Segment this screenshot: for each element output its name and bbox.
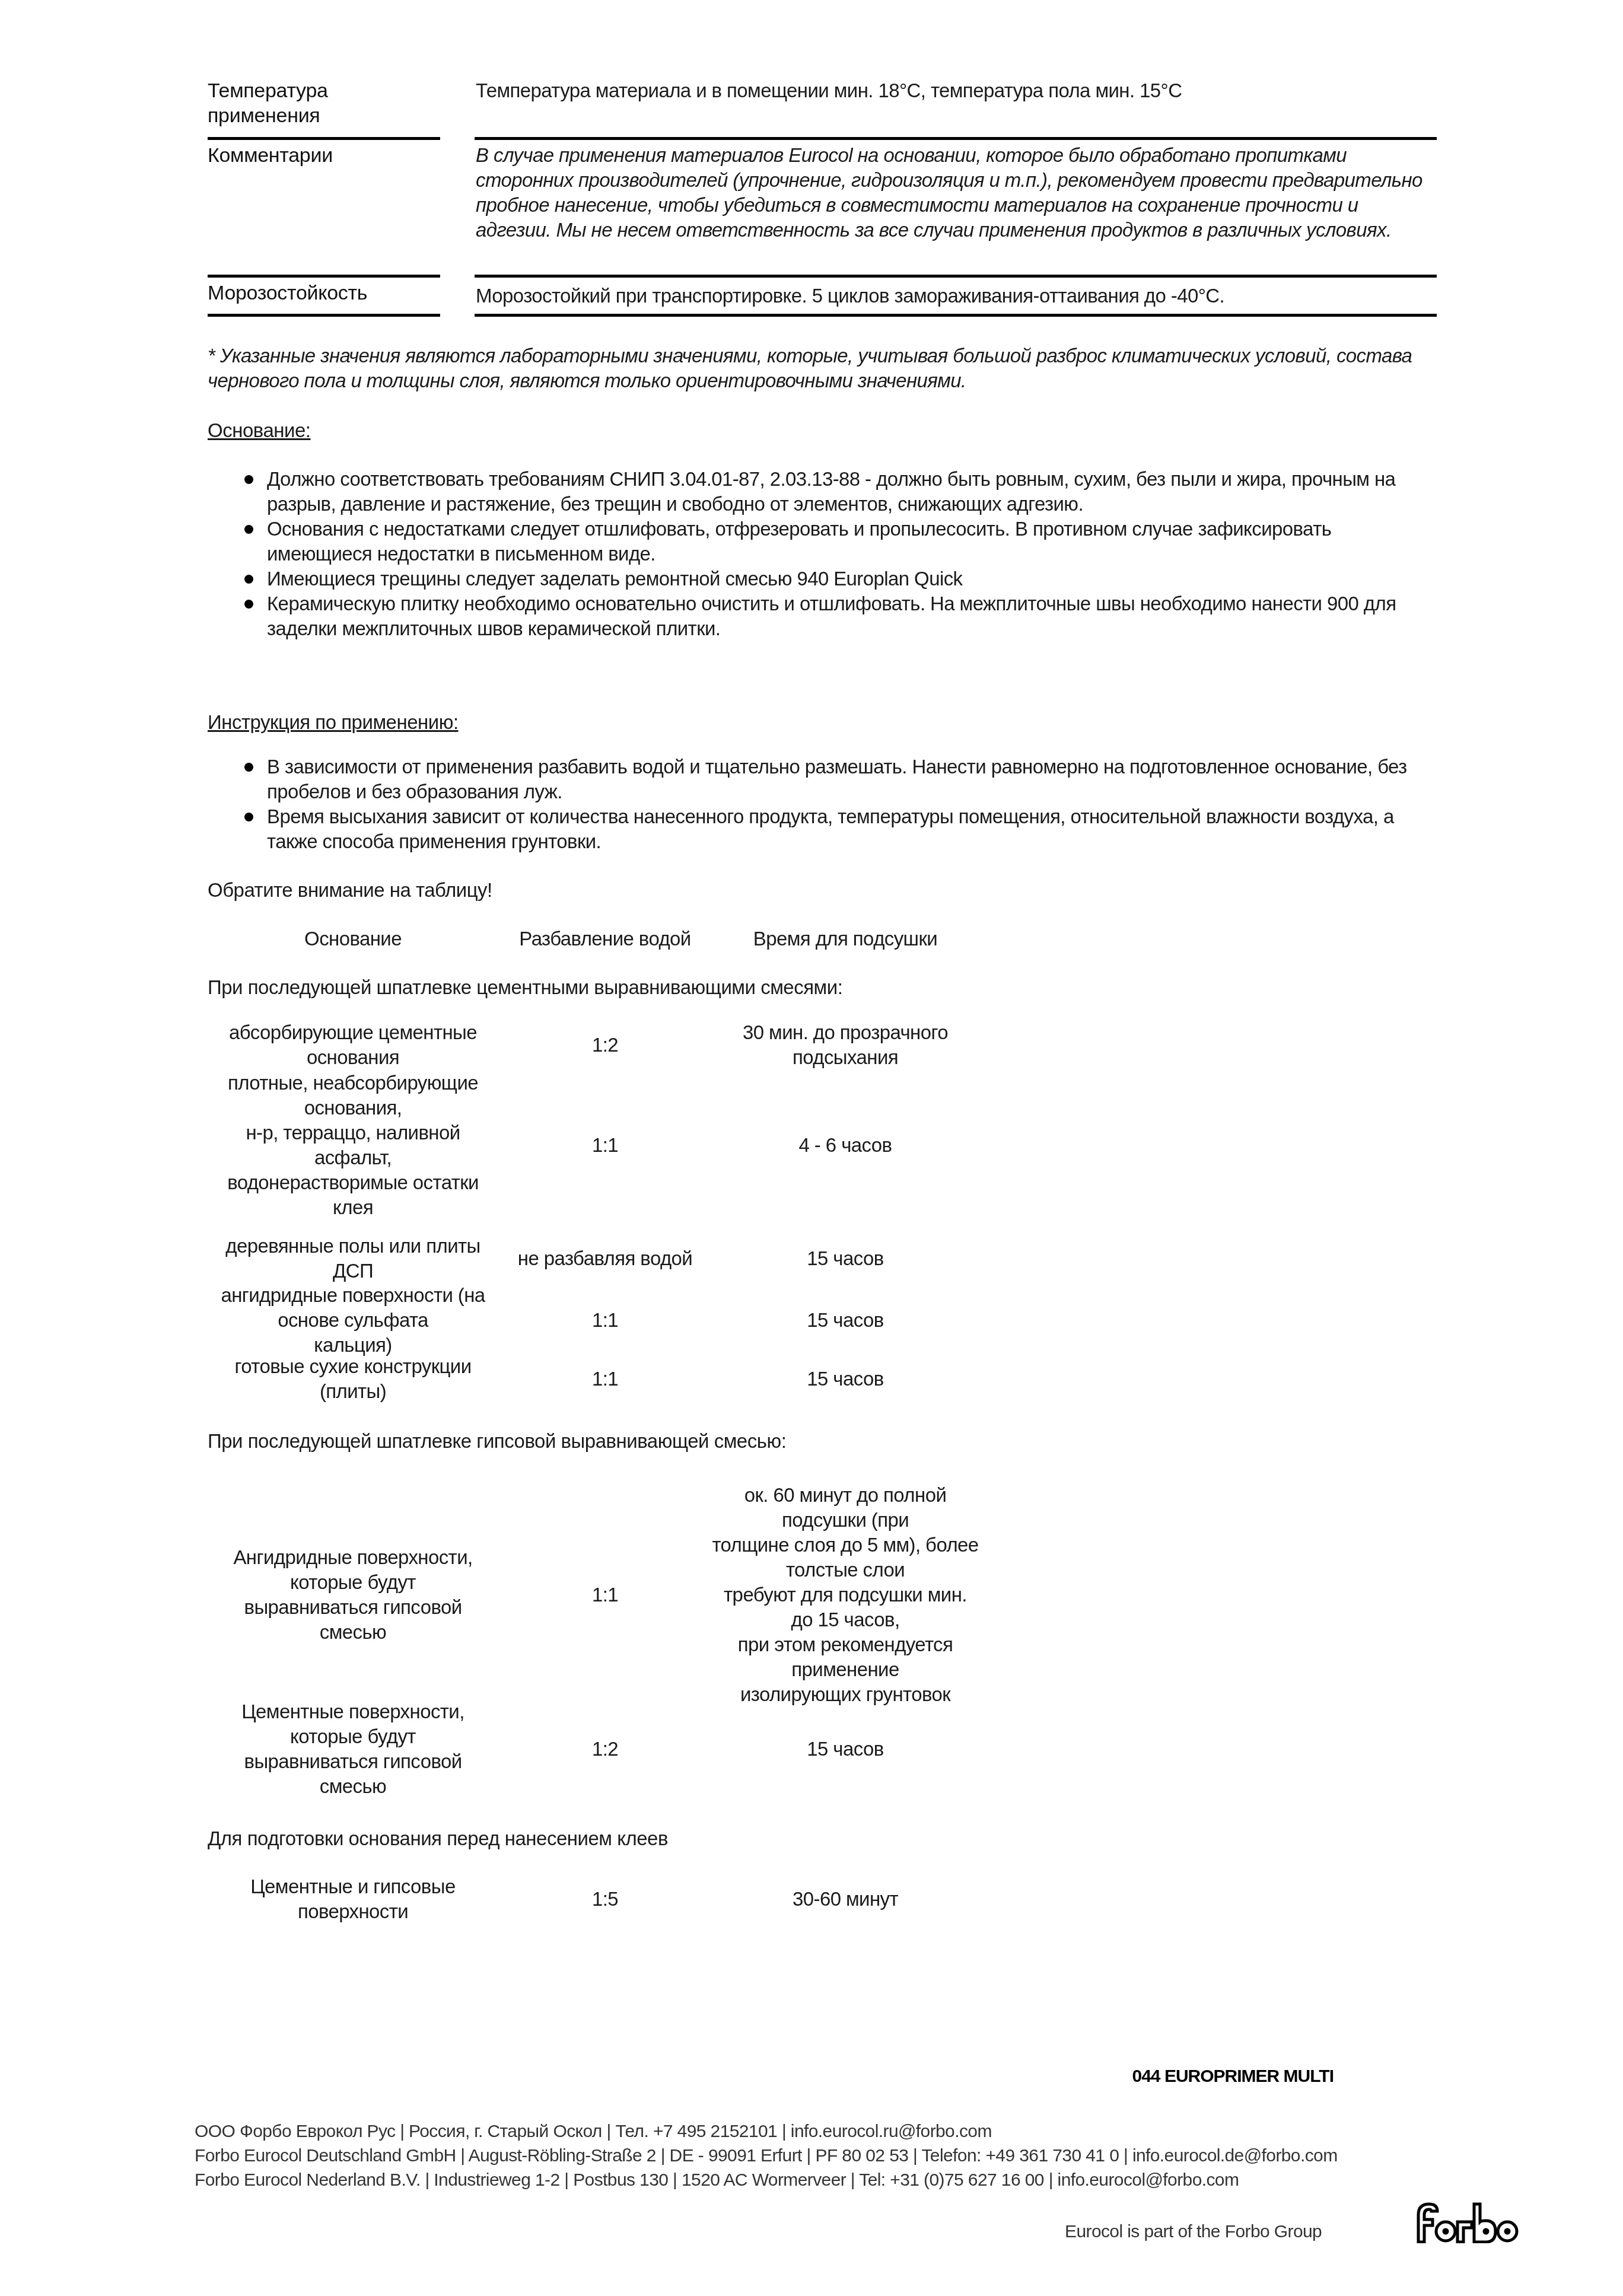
bullet-icon	[244, 575, 253, 584]
table-rule	[475, 314, 1437, 317]
cell-time: 15 часов	[712, 1308, 979, 1333]
table-row: Цементные поверхности,которые будутвырав…	[208, 1699, 979, 1799]
footnote: * Указанные значения являются лабораторн…	[208, 343, 1441, 393]
forbo-logo-icon	[1415, 2202, 1519, 2243]
property-label: Морозостойкость	[208, 281, 439, 305]
substrate-heading: Основание:	[208, 418, 310, 443]
cell-time: 15 часов	[712, 1737, 979, 1762]
forbo-logo	[1415, 2202, 1519, 2249]
cell-dilution: 1:5	[498, 1887, 712, 1912]
cell-time: 4 - 6 часов	[712, 1133, 979, 1158]
table-rule	[208, 137, 440, 140]
cell-time: 15 часов	[712, 1367, 979, 1391]
cell-dilution: 1:1	[498, 1133, 712, 1158]
cell-base: плотные, неабсорбирующиеоснования,н-р, т…	[208, 1071, 498, 1220]
list-item-text: Основания с недостатками следует отшлифо…	[267, 518, 1331, 565]
property-value: Температура материала и в помещении мин.…	[476, 78, 1437, 103]
cell-base: Цементные и гипсовыеповерхности	[208, 1874, 498, 1924]
list-item: Керамическую плитку необходимо основател…	[242, 591, 1440, 641]
table-rule	[208, 314, 440, 317]
bullet-icon	[244, 475, 253, 484]
address-line-ru: ООО Форбо Еврокол Рус | Россия, г. Стары…	[195, 2119, 992, 2144]
cell-dilution: 1:1	[498, 1367, 712, 1391]
list-item-text: Имеющиеся трещины следует заделать ремон…	[267, 568, 962, 590]
cell-base: ангидридные поверхности (наоснове сульфа…	[208, 1283, 498, 1358]
cell-time: 30 мин. до прозрачногоподсыхания	[712, 1020, 979, 1070]
column-header-base: Основание	[208, 926, 498, 951]
substrate-list: Должно соответствовать требованиям СНИП …	[242, 467, 1440, 641]
list-item: Должно соответствовать требованиям СНИП …	[242, 467, 1440, 517]
cell-dilution: 1:2	[498, 1033, 712, 1058]
table-row: готовые сухие конструкции(плиты)1:115 ча…	[208, 1354, 979, 1404]
table-row: абсорбирующие цементныеоснования1:230 ми…	[208, 1020, 979, 1070]
cell-base: деревянные полы или плитыДСП	[208, 1234, 498, 1284]
property-value: В случае применения материалов Eurocol н…	[476, 143, 1437, 243]
group-note: Eurocol is part of the Forbo Group	[1065, 2219, 1322, 2244]
cell-base: Ангидридные поверхности,которые будутвыр…	[208, 1545, 498, 1645]
cell-base: готовые сухие конструкции(плиты)	[208, 1354, 498, 1404]
list-item: Время высыхания зависит от количества на…	[242, 804, 1440, 854]
list-item-text: В зависимости от применения разбавить во…	[267, 756, 1407, 803]
dilution-table-header: Основание Разбавление водой Время для по…	[208, 926, 979, 951]
cell-dilution: не разбавляя водой	[498, 1246, 712, 1271]
address-line-nl: Forbo Eurocol Nederland B.V. | Industrie…	[195, 2168, 1239, 2192]
column-header-dilution: Разбавление водой	[498, 926, 712, 951]
instructions-heading: Инструкция по применению:	[208, 710, 459, 735]
table-row: Ангидридные поверхности,которые будутвыр…	[208, 1483, 979, 1707]
table-rule	[475, 137, 1437, 140]
table-row: ангидридные поверхности (наоснове сульфа…	[208, 1283, 979, 1358]
bullet-icon	[244, 525, 253, 534]
cell-dilution: 1:2	[498, 1737, 712, 1762]
table-row: Цементные и гипсовыеповерхности1:530-60 …	[208, 1874, 979, 1924]
bullet-icon	[244, 813, 253, 821]
property-label: Комментарии	[208, 143, 439, 168]
bullet-icon	[244, 763, 253, 772]
table-row: плотные, неабсорбирующиеоснования,н-р, т…	[208, 1071, 979, 1220]
table-section-title: При последующей шпатлевке гипсовой вырав…	[208, 1429, 786, 1454]
product-name: 044 EUROPRIMER MULTI	[1132, 2064, 1334, 2089]
address-line-de: Forbo Eurocol Deutschland GmbH | August-…	[195, 2144, 1338, 2168]
table-notice: Обратите внимание на таблицу!	[208, 878, 492, 903]
table-section-title: При последующей шпатлевке цементными выр…	[208, 975, 842, 1000]
instructions-list: В зависимости от применения разбавить во…	[242, 754, 1440, 854]
cell-dilution: 1:1	[498, 1308, 712, 1333]
cell-base: Цементные поверхности,которые будутвырав…	[208, 1699, 498, 1799]
list-item-text: Должно соответствовать требованиям СНИП …	[267, 468, 1395, 515]
cell-dilution: 1:1	[498, 1582, 712, 1607]
list-item-text: Время высыхания зависит от количества на…	[267, 805, 1394, 852]
column-header-time: Время для подсушки	[712, 926, 979, 951]
table-rule	[208, 275, 440, 278]
cell-time: 30-60 минут	[712, 1887, 979, 1912]
property-value: Морозостойкий при транспортировке. 5 цик…	[476, 284, 1437, 308]
bullet-icon	[244, 600, 253, 609]
list-item: Основания с недостатками следует отшлифо…	[242, 517, 1440, 566]
table-row: деревянные полы или плитыДСПне разбавляя…	[208, 1234, 979, 1284]
table-section-title: Для подготовки основания перед нанесение…	[208, 1826, 668, 1851]
cell-time: 15 часов	[712, 1246, 979, 1271]
property-label: Температура применения	[208, 78, 439, 128]
list-item: В зависимости от применения разбавить во…	[242, 754, 1440, 804]
table-rule	[475, 275, 1437, 278]
cell-base: абсорбирующие цементныеоснования	[208, 1020, 498, 1070]
list-item: Имеющиеся трещины следует заделать ремон…	[242, 566, 1440, 591]
cell-time: ок. 60 минут до полнойподсушки (притолщи…	[712, 1483, 979, 1707]
list-item-text: Керамическую плитку необходимо основател…	[267, 593, 1396, 639]
